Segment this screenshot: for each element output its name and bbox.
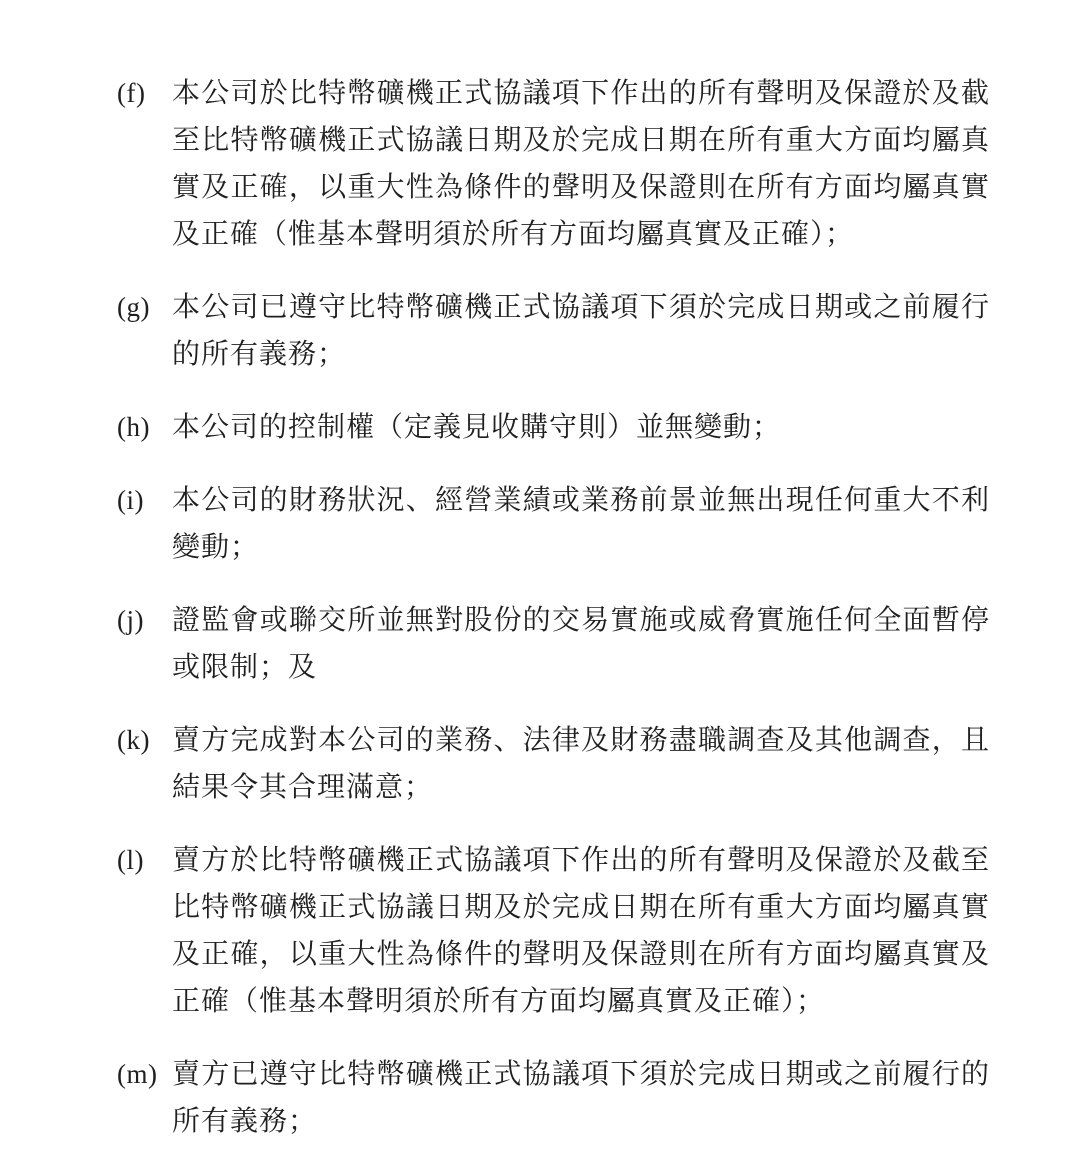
clause-k: (k) 賣方完成對本公司的業務、法律及財務盡職調查及其他調查，且結果令其合理滿意… [0,717,1080,811]
clause-l: (l) 賣方於比特幣礦機正式協議項下作出的所有聲明及保證於及截至比特幣礦機正式協… [0,837,1080,1025]
clause-text: 本公司於比特幣礦機正式協議項下作出的所有聲明及保證於及截至比特幣礦機正式協議日期… [172,70,990,258]
clause-text: 證監會或聯交所並無對股份的交易實施或威脅實施任何全面暫停或限制；及 [172,597,990,691]
clause-label: (j) [117,597,167,644]
clause-i: (i) 本公司的財務狀況、經營業績或業務前景並無出現任何重大不利變動； [0,477,1080,571]
clause-label: (i) [117,477,167,524]
clause-j: (j) 證監會或聯交所並無對股份的交易實施或威脅實施任何全面暫停或限制；及 [0,597,1080,691]
clause-g: (g) 本公司已遵守比特幣礦機正式協議項下須於完成日期或之前履行的所有義務； [0,284,1080,378]
clause-text: 本公司的財務狀況、經營業績或業務前景並無出現任何重大不利變動； [172,477,990,571]
clause-label: (k) [117,717,167,764]
clause-text: 賣方完成對本公司的業務、法律及財務盡職調查及其他調查，且結果令其合理滿意； [172,717,990,811]
clause-f: (f) 本公司於比特幣礦機正式協議項下作出的所有聲明及保證於及截至比特幣礦機正式… [0,70,1080,258]
clause-text: 本公司的控制權（定義見收購守則）並無變動； [172,404,990,451]
clause-label: (h) [117,404,167,451]
clause-text: 賣方於比特幣礦機正式協議項下作出的所有聲明及保證於及截至比特幣礦機正式協議日期及… [172,837,990,1025]
clause-m: (m) 賣方已遵守比特幣礦機正式協議項下須於完成日期或之前履行的所有義務； [0,1051,1080,1145]
document-page: (f) 本公司於比特幣礦機正式協議項下作出的所有聲明及保證於及截至比特幣礦機正式… [0,0,1080,1172]
clause-label: (l) [117,837,167,884]
clause-label: (m) [117,1051,167,1098]
clause-h: (h) 本公司的控制權（定義見收購守則）並無變動； [0,404,1080,451]
clause-text: 賣方已遵守比特幣礦機正式協議項下須於完成日期或之前履行的所有義務； [172,1051,990,1145]
clause-label: (f) [117,70,167,117]
clause-label: (g) [117,284,167,331]
clause-text: 本公司已遵守比特幣礦機正式協議項下須於完成日期或之前履行的所有義務； [172,284,990,378]
